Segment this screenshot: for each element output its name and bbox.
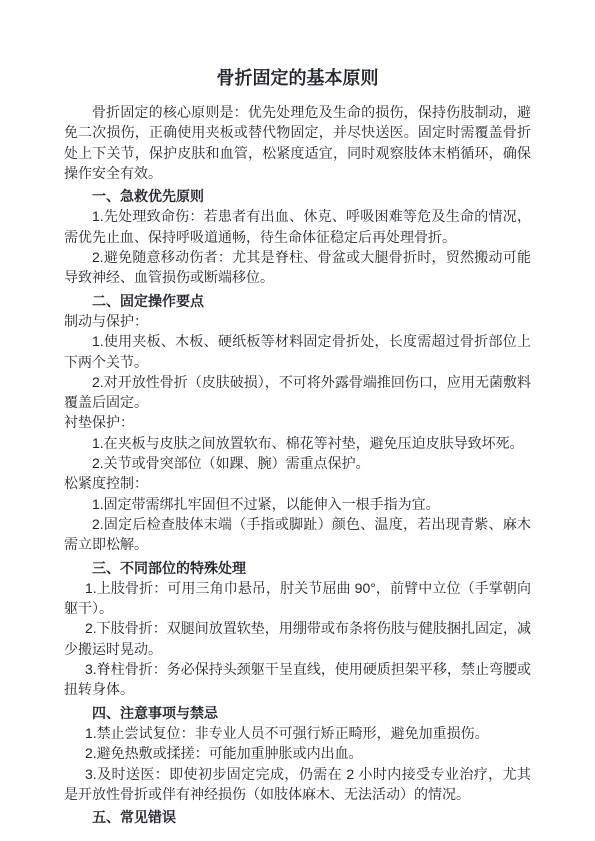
list-item: 2.避免热敷或揉搓：可能加重肿胀或内出血。 (64, 743, 531, 763)
list-item: 1.先处理致命伤：若患者有出血、休克、呼吸困难等危及生命的情况，需优先止血、保持… (64, 206, 531, 247)
subsection-label-tightness: 松紧度控制： (64, 473, 531, 493)
list-item: 2.对开放性骨折（皮肤破损），不可将外露骨端推回伤口，应用无菌敷料覆盖后固定。 (64, 372, 531, 413)
section-heading-1: 一、急救优先原则 (64, 186, 531, 206)
section-heading-4: 四、注意事项与禁忌 (64, 703, 531, 723)
section-heading-5: 五、常见错误 (64, 807, 531, 827)
document-title: 骨折固定的基本原则 (64, 64, 531, 92)
list-item: 1.在夹板与皮肤之间放置软布、棉花等衬垫，避免压迫皮肤导致坏死。 (64, 433, 531, 453)
list-item: 2.下肢骨折：双腿间放置软垫，用绷带或布条将伤肢与健肢捆扎固定，减少搬运时晃动。 (64, 618, 531, 659)
document-page: 骨折固定的基本原则 骨折固定的核心原则是：优先处理危及生命的损伤，保持伤肢制动，… (0, 0, 595, 841)
list-item: 1.使用夹板、木板、硬纸板等材料固定骨折处，长度需超过骨折部位上下两个关节。 (64, 331, 531, 372)
section-heading-3: 三、不同部位的特殊处理 (64, 558, 531, 578)
subsection-label-immobilization: 制动与保护： (64, 311, 531, 331)
list-item: 1.固定带需绑扎牢固但不过紧，以能伸入一根手指为宜。 (64, 494, 531, 514)
list-item: 3.及时送医：即使初步固定完成，仍需在 2 小时内接受专业治疗，尤其是开放性骨折… (64, 764, 531, 805)
list-item: 2.关节或骨突部位（如踝、腕）需重点保护。 (64, 453, 531, 473)
section-heading-2: 二、固定操作要点 (64, 291, 531, 311)
list-item: 3.脊柱骨折：务必保持头颈躯干呈直线，使用硬质担架平移，禁止弯腰或扭转身体。 (64, 659, 531, 700)
list-item: 2.避免随意移动伤者：尤其是脊柱、骨盆或大腿骨折时，贸然搬动可能导致神经、血管损… (64, 247, 531, 288)
list-item: 1.上肢骨折：可用三角巾悬吊，肘关节屈曲 90°，前臂中立位（手掌朝向躯干）。 (64, 578, 531, 619)
intro-paragraph: 骨折固定的核心原则是：优先处理危及生命的损伤，保持伤肢制动，避免二次损伤，正确使… (64, 102, 531, 183)
list-item: 1.禁止尝试复位：非专业人员不可强行矫正畸形，避免加重损伤。 (64, 723, 531, 743)
list-item: 2.固定后检查肢体末端（手指或脚趾）颜色、温度，若出现青紫、麻木需立即松解。 (64, 514, 531, 555)
subsection-label-padding: 衬垫保护： (64, 412, 531, 432)
